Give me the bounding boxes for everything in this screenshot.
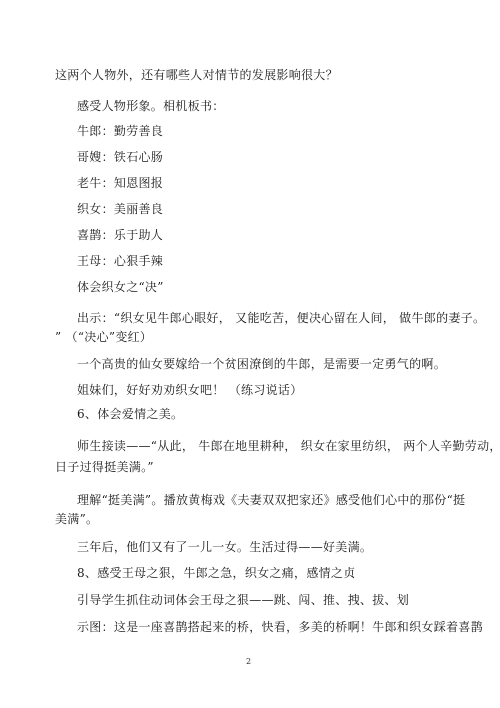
text-line: 日子过得挺美满。” [55, 460, 154, 474]
text-line: 喜鹊：乐于助人 [77, 228, 163, 242]
text-line: 师生接读——“从此， 牛郎在地里耕种， 织女在家里纺织， 两个人辛勤劳动， [77, 439, 500, 453]
text-line: 这两个人物外，还有哪些人对情节的发展影响很大？ [55, 68, 338, 82]
text-line: 王母：心狠手辣 [77, 254, 163, 268]
text-line: 姐妹们，好好劝劝织女吧！ （练习说话） [77, 383, 303, 397]
text-line: 织女：美丽善良 [77, 202, 163, 216]
text-line: 理解“挺美满”。播放黄梅戏《夫妻双双把家还》感受他们心中的那份“挺 [77, 493, 465, 507]
text-line: 体会织女之“决” [77, 280, 164, 294]
text-line: 牛郎：勤劳善良 [77, 124, 163, 138]
text-line: 引导学生抓住动词体会王母之狠——跳、闯、推、拽、拔、划 [77, 593, 409, 607]
page-number: 2 [246, 657, 251, 666]
text-line: 老牛：知恩图报 [77, 176, 163, 190]
text-line: 出示：“织女见牛郎心眼好， 又能吃苦，便决心留在人间， 做牛郎的妻子。 [77, 311, 485, 325]
text-line: 示图：这是一座喜鹊搭起来的桥，快看，多美的桥啊！牛郎和织女踩着喜鹊 [77, 620, 483, 634]
text-line: 一个高贵的仙女要嫁给一个贫困潦倒的牛郎，是需要一定勇气的啊。 [77, 357, 446, 371]
text-line: 三年后，他们又有了一儿一女。生活过得——好美满。 [77, 540, 372, 554]
text-line: ” （“决心”变红） [55, 330, 152, 344]
text-line: 感受人物形象。相机板书： [77, 99, 225, 113]
text-line: 8、感受王母之狠，牛郎之急，织女之痛，感情之贞 [77, 566, 356, 580]
text-line: 美满”。 [55, 512, 98, 526]
text-line: 哥嫂：铁石心肠 [77, 150, 163, 164]
text-line: 6、体会爱情之美。 [77, 407, 183, 421]
